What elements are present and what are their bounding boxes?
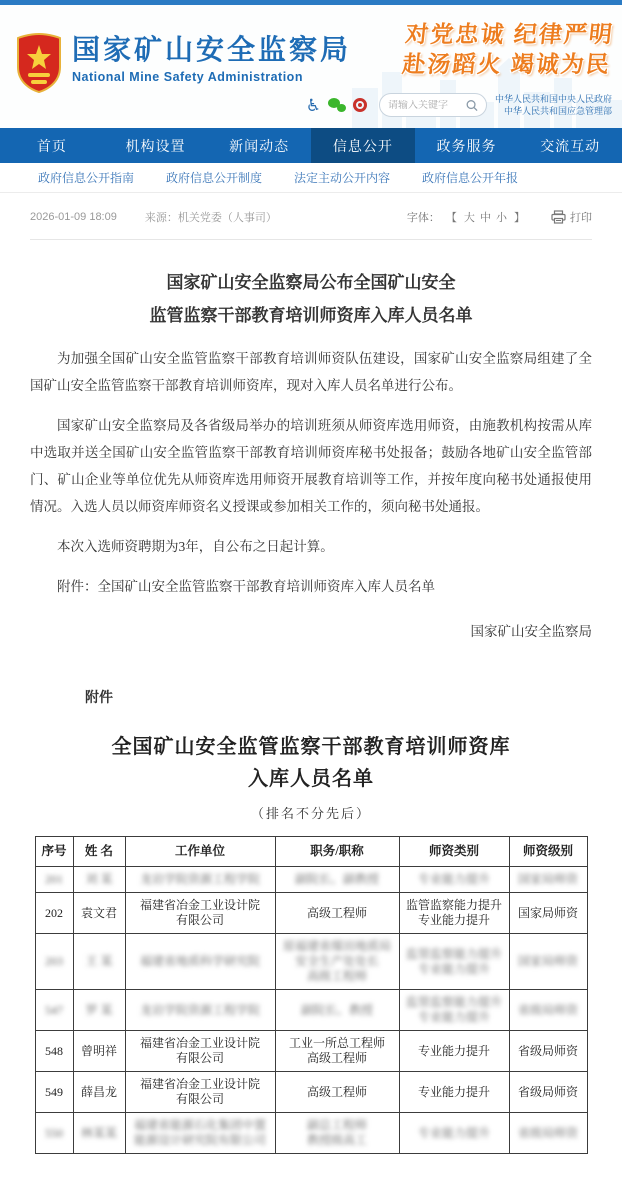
bracket-open: 【 xyxy=(446,209,457,225)
roster-table: 序号姓 名工作单位职务/职称师资类别师资级别 201刘 某龙岩学院资源工程学院副… xyxy=(35,836,588,1154)
article-paragraph-3: 本次入选师资聘期为3年，自公布之日起计算。 xyxy=(30,533,592,560)
search-input[interactable] xyxy=(388,100,466,111)
gov-link-emergency-ministry[interactable]: 中华人民共和国应急管理部 xyxy=(495,105,612,117)
site-title-en: National Mine Safety Administration xyxy=(72,70,351,84)
print-button[interactable]: 打印 xyxy=(551,209,592,225)
accessibility-icon[interactable]: ♿ xyxy=(306,97,321,114)
gov-link-central-government[interactable]: 中华人民共和国中央人民政府 xyxy=(495,93,612,105)
table-cell: 监管监察能力提升 专业能力提升 xyxy=(399,990,509,1031)
table-cell: 202 xyxy=(35,893,73,934)
subnav-item-政府信息公开指南[interactable]: 政府信息公开指南 xyxy=(38,169,134,186)
table-cell: 550 xyxy=(35,1113,73,1154)
attachment-section: 附件 全国矿山安全监管监察干部教育培训师资库 入库人员名单 （排名不分先后） 序… xyxy=(0,687,622,1154)
table-cell: 王 某 xyxy=(73,934,125,990)
column-header: 序号 xyxy=(35,837,73,867)
wechat-icon[interactable] xyxy=(328,98,346,112)
attachment-subtitle: （排名不分先后） xyxy=(0,803,622,822)
table-cell: 203 xyxy=(35,934,73,990)
table-cell: 专业能力提升 xyxy=(399,1031,509,1072)
article-signature: 国家矿山安全监察局 xyxy=(30,618,592,645)
table-cell: 罗 某 xyxy=(73,990,125,1031)
site-logo[interactable]: 国家矿山安全监察局 National Mine Safety Administr… xyxy=(16,33,351,93)
national-emblem-icon xyxy=(16,33,62,93)
table-cell: 国家局师资 xyxy=(509,867,587,893)
nav-item-新闻动态[interactable]: 新闻动态 xyxy=(207,128,311,163)
meta-divider xyxy=(30,239,592,240)
table-cell: 省级局师资 xyxy=(509,1113,587,1154)
table-cell: 548 xyxy=(35,1031,73,1072)
table-row: 201刘 某龙岩学院资源工程学院副院长、副教授专业能力提升国家局师资 xyxy=(35,867,587,893)
main-navigation: 首页机构设置新闻动态信息公开政务服务交流互动 xyxy=(0,128,622,163)
table-cell: 原福建省煤田地质局 安全生产处处长 高级工程师 xyxy=(275,934,399,990)
table-cell: 副院长、教授 xyxy=(275,990,399,1031)
table-cell: 监管监察能力提升 专业能力提升 xyxy=(399,934,509,990)
table-cell: 高级工程师 xyxy=(275,1072,399,1113)
article-source: 来源：机关党委（人事司） xyxy=(145,209,277,225)
article-date: 2026-01-09 18:09 xyxy=(30,211,117,223)
party-slogan: 对党忠诚 纪律严明 赴汤蹈火 竭诚为民 xyxy=(400,19,615,79)
font-size-label: 字体： xyxy=(407,209,440,225)
table-cell: 副总工程师 教授级高工 xyxy=(275,1113,399,1154)
table-cell: 福建省冶金工业设计院 有限公司 xyxy=(125,1072,275,1113)
column-header: 姓 名 xyxy=(73,837,125,867)
table-cell: 省级局师资 xyxy=(509,1031,587,1072)
article-title-line-1: 国家矿山安全监察局公布全国矿山安全 xyxy=(30,266,592,299)
font-size-button-中[interactable]: 中 xyxy=(480,212,491,224)
nav-item-交流互动[interactable]: 交流互动 xyxy=(518,128,622,163)
attachment-title: 全国矿山安全监管监察干部教育培训师资库 入库人员名单 xyxy=(0,731,622,795)
table-cell: 监管监察能力提升 专业能力提升 xyxy=(399,893,509,934)
table-cell: 刘 某 xyxy=(73,867,125,893)
table-cell: 高级工程师 xyxy=(275,893,399,934)
article-body: 为加强全国矿山安全监管监察干部教育培训师资队伍建设，国家矿山安全监察局组建了全国… xyxy=(30,345,592,600)
search-icon[interactable] xyxy=(466,99,478,112)
table-cell: 专业能力提升 xyxy=(399,867,509,893)
site-title-cn: 国家矿山安全监察局 xyxy=(72,33,351,67)
subnav-item-政府信息公开年报[interactable]: 政府信息公开年报 xyxy=(422,169,518,186)
column-header: 职务/职称 xyxy=(275,837,399,867)
column-header: 师资级别 xyxy=(509,837,587,867)
article-title-line-2: 监管监察干部教育培训师资库入库人员名单 xyxy=(30,299,592,332)
nav-item-首页[interactable]: 首页 xyxy=(0,128,104,163)
site-search[interactable] xyxy=(379,93,487,117)
table-cell: 龙岩学院资源工程学院 xyxy=(125,867,275,893)
article-paragraph-1: 为加强全国矿山安全监管监察干部教育培训师资队伍建设，国家矿山安全监察局组建了全国… xyxy=(30,345,592,399)
sub-navigation: 政府信息公开指南政府信息公开制度法定主动公开内容政府信息公开年报 xyxy=(0,163,622,193)
article-meta: 2026-01-09 18:09 来源：机关党委（人事司） 字体：【大 中 小】… xyxy=(0,193,622,225)
table-cell: 省级局师资 xyxy=(509,1072,587,1113)
table-cell: 龙岩学院资源工程学院 xyxy=(125,990,275,1031)
article-paragraph-4: 附件：全国矿山安全监管监察干部教育培训师资库入库人员名单 xyxy=(30,573,592,600)
attachment-label: 附件 xyxy=(85,687,622,707)
article: 国家矿山安全监察局公布全国矿山安全 监管监察干部教育培训师资库入库人员名单 为加… xyxy=(0,266,622,645)
table-cell: 国家局师资 xyxy=(509,934,587,990)
table-row: 548曾明祥福建省冶金工业设计院 有限公司工业一所总工程师 高级工程师专业能力提… xyxy=(35,1031,587,1072)
slogan-line-2: 赴汤蹈火 竭诚为民 xyxy=(400,49,612,79)
table-row: 550林某某福建省能源石化集团中置 能源设计研究院有限公司副总工程师 教授级高工… xyxy=(35,1113,587,1154)
table-row: 202袁文君福建省冶金工业设计院 有限公司高级工程师监管监察能力提升 专业能力提… xyxy=(35,893,587,934)
article-title: 国家矿山安全监察局公布全国矿山安全 监管监察干部教育培训师资库入库人员名单 xyxy=(30,266,592,332)
subnav-item-政府信息公开制度[interactable]: 政府信息公开制度 xyxy=(166,169,262,186)
table-cell: 省级局师资 xyxy=(509,990,587,1031)
table-cell: 201 xyxy=(35,867,73,893)
printer-icon xyxy=(551,210,566,224)
print-label: 打印 xyxy=(570,209,592,225)
roster-header-row: 序号姓 名工作单位职务/职称师资类别师资级别 xyxy=(35,837,587,867)
table-row: 549薛昌龙福建省冶金工业设计院 有限公司高级工程师专业能力提升省级局师资 xyxy=(35,1072,587,1113)
table-cell: 袁文君 xyxy=(73,893,125,934)
nav-item-信息公开[interactable]: 信息公开 xyxy=(311,128,415,163)
table-cell: 林某某 xyxy=(73,1113,125,1154)
article-paragraph-2: 国家矿山安全监察局及各省级局举办的培训班须从师资库选用师资，由施教机构按需从库中… xyxy=(30,412,592,520)
table-row: 547罗 某龙岩学院资源工程学院副院长、教授监管监察能力提升 专业能力提升省级局… xyxy=(35,990,587,1031)
site-header: 国家矿山安全监察局 National Mine Safety Administr… xyxy=(0,5,622,128)
table-cell: 专业能力提升 xyxy=(399,1113,509,1154)
table-cell: 副院长、副教授 xyxy=(275,867,399,893)
nav-item-机构设置[interactable]: 机构设置 xyxy=(104,128,208,163)
font-size-button-小[interactable]: 小 xyxy=(496,212,507,224)
table-cell: 专业能力提升 xyxy=(399,1072,509,1113)
bracket-close: 】 xyxy=(514,209,525,225)
font-size-button-大[interactable]: 大 xyxy=(464,212,475,224)
table-cell: 曾明祥 xyxy=(73,1031,125,1072)
slogan-line-1: 对党忠诚 纪律严明 xyxy=(404,19,616,49)
table-cell: 547 xyxy=(35,990,73,1031)
attachment-title-line-1: 全国矿山安全监管监察干部教育培训师资库 xyxy=(0,731,622,763)
column-header: 工作单位 xyxy=(125,837,275,867)
table-cell: 福建省能源石化集团中置 能源设计研究院有限公司 xyxy=(125,1113,275,1154)
table-cell: 福建省冶金工业设计院 有限公司 xyxy=(125,1031,275,1072)
column-header: 师资类别 xyxy=(399,837,509,867)
weibo-icon[interactable] xyxy=(353,98,367,112)
subnav-item-法定主动公开内容[interactable]: 法定主动公开内容 xyxy=(294,169,390,186)
nav-item-政务服务[interactable]: 政务服务 xyxy=(415,128,519,163)
table-cell: 国家局师资 xyxy=(509,893,587,934)
table-row: 203王 某福建省地质科学研究院原福建省煤田地质局 安全生产处处长 高级工程师监… xyxy=(35,934,587,990)
attachment-title-line-2: 入库人员名单 xyxy=(0,763,622,795)
table-cell: 福建省地质科学研究院 xyxy=(125,934,275,990)
table-cell: 福建省冶金工业设计院 有限公司 xyxy=(125,893,275,934)
table-cell: 549 xyxy=(35,1072,73,1113)
table-cell: 工业一所总工程师 高级工程师 xyxy=(275,1031,399,1072)
table-cell: 薛昌龙 xyxy=(73,1072,125,1113)
